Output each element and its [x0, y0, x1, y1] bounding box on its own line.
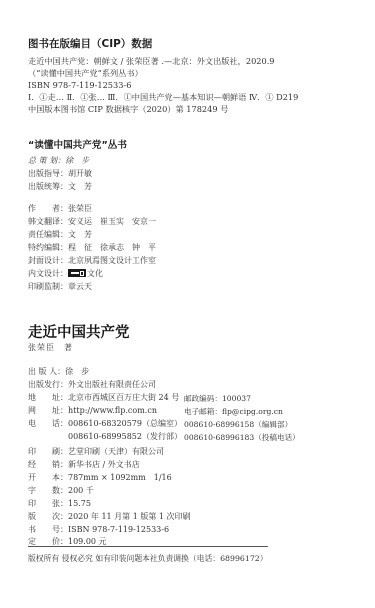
- cip-line: ISBN 978-7-119-12533-6: [28, 80, 131, 90]
- staff-credit: 韩文翻译：安义运 崔玉实 安京一: [28, 216, 156, 227]
- credit-label: 封面设计：: [28, 255, 68, 266]
- credit-value: 程 征 徐承志 钟 平: [68, 242, 156, 253]
- pub-label: 电 话：: [28, 419, 68, 428]
- pub-label: 地 址：: [28, 393, 68, 402]
- book-author: 张荣臣 著: [28, 342, 73, 353]
- pub-value: 2020 年 11 月第 1 版第 1 次印刷: [68, 512, 191, 521]
- credit-value: 北京夙焉图文设计工作室: [68, 255, 156, 266]
- staff-credit: 特约编辑：程 征 徐承志 钟 平: [28, 242, 156, 253]
- pub-value: 北京市西城区百万庄大街 24 号: [68, 393, 179, 402]
- series-heading: “读懂中国共产党”丛书: [28, 137, 127, 151]
- divider-rule: [28, 546, 268, 547]
- book-title: 走近中国共产党: [28, 321, 130, 342]
- phone-value: 008610-68996183（投稿电话）: [184, 432, 300, 443]
- credit-label: 内文设计：: [28, 268, 68, 279]
- series-credit: 出版统筹：文 芳: [28, 181, 92, 192]
- pub-value: 109.00 元: [68, 537, 107, 546]
- pub-value: 艺堂印刷（天津）有限公司: [68, 447, 164, 456]
- pub-row: 出 版 人：徐 步: [28, 366, 89, 377]
- email-link[interactable]: flp@cipg.org.cn: [222, 407, 283, 416]
- pub-label: 出 版 人：: [28, 367, 65, 376]
- pub-value: 787mm × 1092mm 1/16: [68, 473, 172, 482]
- credit-label: 印刷监制：: [28, 281, 68, 292]
- staff-credit: 责任编辑：文 芳: [28, 229, 92, 240]
- series-credit: 出版指导：胡开敏: [28, 168, 92, 179]
- series-credit: 总 策 划：徐 步: [28, 155, 89, 166]
- pub-row: 印 刷：艺堂印刷（天津）有限公司: [28, 446, 164, 457]
- pub-label: 出版发行：: [28, 380, 68, 389]
- pub-row: 开 本：787mm × 1092mm 1/16: [28, 472, 172, 483]
- credit-value: 胡开敏: [68, 168, 92, 179]
- pub-row: 版 次：2020 年 11 月第 1 版第 1 次印刷: [28, 511, 191, 522]
- pub-row: 网 址：http://www.flp.com.cn: [28, 405, 157, 416]
- credit-label: 特约编辑：: [28, 242, 68, 253]
- pub-label: 网 址：: [28, 406, 68, 415]
- pub-label: 字 数：: [28, 486, 68, 495]
- cip-line: Ⅰ．①走… Ⅱ．①张… Ⅲ．①中国共产党—基本知识—朝鲜语 Ⅳ．① D219: [28, 92, 298, 103]
- credit-label: 总 策 划：: [28, 155, 65, 166]
- pub-value: 新华书店 / 外文书店: [68, 460, 140, 469]
- cip-line: （“读懂中国共产党”系列丛书）: [28, 68, 143, 79]
- phone-value: 008610-68996158（编辑部）: [184, 419, 292, 430]
- pub-label: 电子邮箱：: [184, 407, 222, 416]
- credit-value: 章云天: [68, 281, 92, 292]
- design-studio-logo-icon: [68, 269, 86, 277]
- staff-credit: 封面设计：北京夙焉图文设计工作室: [28, 255, 156, 266]
- cip-heading: 图书在版编目（CIP）数据: [28, 36, 152, 51]
- pub-value: 15.75: [68, 499, 91, 508]
- pub-row: 出版发行：外文出版社有限责任公司: [28, 379, 156, 390]
- pub-label: 经 销：: [28, 460, 68, 469]
- staff-credit: 作 者：张荣臣: [28, 203, 92, 214]
- credit-label: 韩文翻译：: [28, 216, 68, 227]
- pub-row: 地 址：北京市西城区百万庄大街 24 号: [28, 392, 179, 403]
- credit-label: 作 者：: [28, 203, 68, 214]
- pub-label: 书 号：: [28, 525, 68, 534]
- copyright-page: 图书在版编目（CIP）数据 走近中国共产党：朝鲜文 / 张荣臣著 .—北京：外文…: [0, 0, 375, 608]
- copyright-notice: 版权所有 侵权必究 如有印装问题本社负责调换（电话：68996172）: [28, 553, 268, 564]
- pub-label: 版 次：: [28, 512, 68, 521]
- credit-value: 文 芳: [68, 229, 92, 240]
- pub-label: 印 张：: [28, 499, 68, 508]
- pub-label: 定 价：: [28, 537, 68, 546]
- pub-label: 开 本：: [28, 473, 68, 482]
- pub-value: 200 千: [68, 486, 94, 495]
- pub-value: ISBN 978-7-119-12533-6: [68, 525, 169, 534]
- credit-value: 文 芳: [68, 181, 92, 192]
- cip-line: 走近中国共产党：朝鲜文 / 张荣臣著 .—北京：外文出版社，2020.9: [28, 56, 275, 67]
- phone-value: 008610-68320579（总编室）: [68, 419, 182, 428]
- credit-label: 责任编辑：: [28, 229, 68, 240]
- pub-row: 电子邮箱：flp@cipg.org.cn: [184, 406, 283, 417]
- pub-row: 邮政编码：100037: [184, 393, 251, 404]
- pub-row: 电 话：008610-68320579（总编室）: [28, 418, 182, 429]
- pub-row: 经 销：新华书店 / 外文书店: [28, 459, 140, 470]
- pub-row: 字 数：200 千: [28, 485, 94, 496]
- pub-value: 徐 步: [65, 367, 89, 376]
- cip-line: 中国版本图书馆 CIP 数据核字（2020）第 178249 号: [28, 104, 228, 115]
- credit-value: 文化: [87, 268, 103, 279]
- credit-value: 徐 步: [65, 155, 89, 166]
- website-link[interactable]: http://www.flp.com.cn: [68, 406, 157, 415]
- pub-label: 邮政编码：: [184, 394, 222, 403]
- credit-value: 安义运 崔玉实 安京一: [68, 216, 156, 227]
- pub-row: 书 号：ISBN 978-7-119-12533-6: [28, 524, 169, 535]
- phone-value: 008610-68995852（发行部）: [68, 431, 182, 442]
- credit-label: 出版统筹：: [28, 181, 68, 192]
- pub-label: 印 刷：: [28, 447, 68, 456]
- credit-label: 出版指导：: [28, 168, 68, 179]
- credit-value: 张荣臣: [68, 203, 92, 214]
- pub-value: 100037: [222, 394, 251, 403]
- pub-value: 外文出版社有限责任公司: [68, 380, 156, 389]
- staff-credit: 印刷监制：章云天: [28, 281, 92, 292]
- pub-row: 印 张：15.75: [28, 498, 91, 509]
- staff-credit: 内文设计：文化: [28, 268, 103, 279]
